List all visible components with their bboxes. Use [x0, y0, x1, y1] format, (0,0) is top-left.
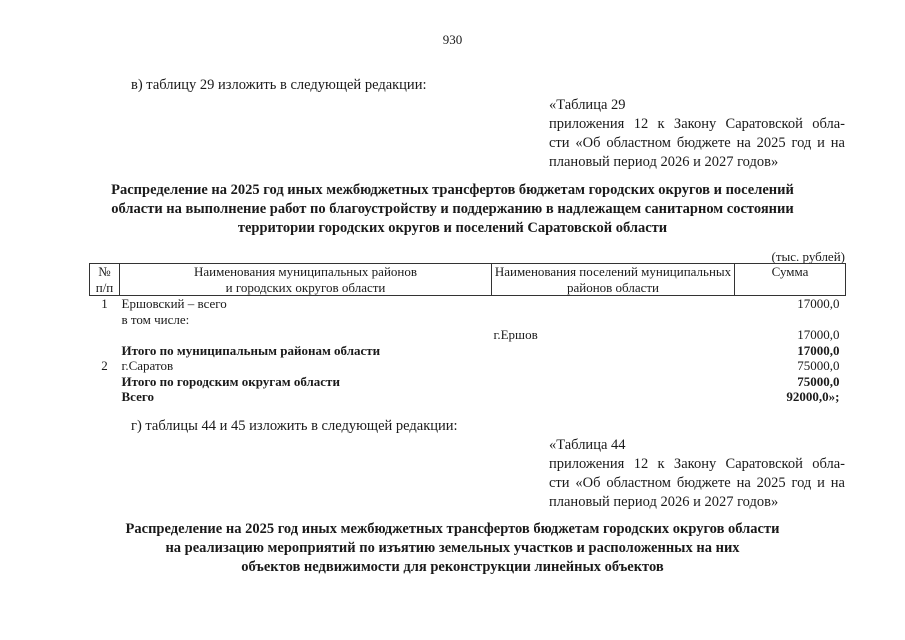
title-line: области на выполнение работ по благоустр…: [60, 200, 845, 219]
appendix-reference-table-29: «Таблица 29 приложения 12 к Закону Сарат…: [549, 96, 845, 172]
table-header-row: № п/п Наименования муниципальных районов…: [90, 264, 846, 296]
row-district: в том числе:: [120, 312, 492, 328]
table-row: Итого по городским округам области75000,…: [90, 374, 846, 390]
page-number: 930: [0, 32, 905, 48]
header-districts: Наименования муниципальных районов и гор…: [120, 264, 492, 296]
appendix-reference-table-44: «Таблица 44 приложения 12 к Закону Сарат…: [549, 436, 845, 512]
title-line: объектов недвижимости для реконструкции …: [60, 558, 845, 577]
row-sum: 17000,0: [735, 296, 846, 312]
row-sum: 17000,0: [735, 327, 846, 343]
title-line: территории городских округов и поселений…: [60, 219, 845, 238]
header-settlements: Наименования поселений муниципальных рай…: [492, 264, 735, 296]
row-settlement: [492, 312, 735, 328]
row-settlement: [492, 374, 735, 390]
row-district: Итого по городским округам области: [120, 374, 492, 390]
table-row: Всего92000,0»;: [90, 389, 846, 405]
row-sum: 75000,0: [735, 374, 846, 390]
row-district: Всего: [120, 389, 492, 405]
row-settlement: [492, 343, 735, 359]
appendix-line: плановый период 2026 и 2027 годов»: [549, 153, 845, 172]
appendix-line: «Таблица 29: [549, 96, 845, 115]
table-row: г.Ершов17000,0: [90, 327, 846, 343]
header-sum: Сумма: [735, 264, 846, 296]
row-number: [90, 389, 120, 405]
row-number: 1: [90, 296, 120, 312]
instruction-v: в) таблицу 29 изложить в следующей редак…: [131, 77, 426, 94]
table-44-title: Распределение на 2025 год иных межбюджет…: [60, 520, 845, 577]
row-number: 2: [90, 358, 120, 374]
row-sum: 17000,0: [735, 343, 846, 359]
table-row: 2г.Саратов75000,0: [90, 358, 846, 374]
table-row: 1Ершовский – всего17000,0: [90, 296, 846, 312]
row-district: [120, 327, 492, 343]
title-line: Распределение на 2025 год иных межбюджет…: [60, 181, 845, 200]
row-district: Итого по муниципальным районам области: [120, 343, 492, 359]
row-number: [90, 343, 120, 359]
row-number: [90, 374, 120, 390]
appendix-line: плановый период 2026 и 2027 годов»: [549, 493, 845, 512]
appendix-line: приложения 12 к Закону Саратовской обла-: [549, 455, 845, 474]
header-num: № п/п: [90, 264, 120, 296]
title-line: на реализацию мероприятий по изъятию зем…: [60, 539, 845, 558]
row-district: г.Саратов: [120, 358, 492, 374]
transfers-table: № п/п Наименования муниципальных районов…: [89, 263, 846, 405]
table-row: в том числе:: [90, 312, 846, 328]
row-number: [90, 312, 120, 328]
appendix-line: приложения 12 к Закону Саратовской обла-: [549, 115, 845, 134]
appendix-line: сти «Об областном бюджете на 2025 год и …: [549, 474, 845, 493]
row-settlement: [492, 389, 735, 405]
row-number: [90, 327, 120, 343]
appendix-line: сти «Об областном бюджете на 2025 год и …: [549, 134, 845, 153]
row-settlement: [492, 358, 735, 374]
table-row: Итого по муниципальным районам области17…: [90, 343, 846, 359]
table-29-title: Распределение на 2025 год иных межбюджет…: [60, 181, 845, 238]
row-sum: 75000,0: [735, 358, 846, 374]
row-sum: 92000,0»;: [735, 389, 846, 405]
row-sum: [735, 312, 846, 328]
row-district: Ершовский – всего: [120, 296, 492, 312]
instruction-g: г) таблицы 44 и 45 изложить в следующей …: [131, 418, 458, 435]
appendix-line: «Таблица 44: [549, 436, 845, 455]
title-line: Распределение на 2025 год иных межбюджет…: [60, 520, 845, 539]
row-settlement: [492, 296, 735, 312]
row-settlement: г.Ершов: [492, 327, 735, 343]
